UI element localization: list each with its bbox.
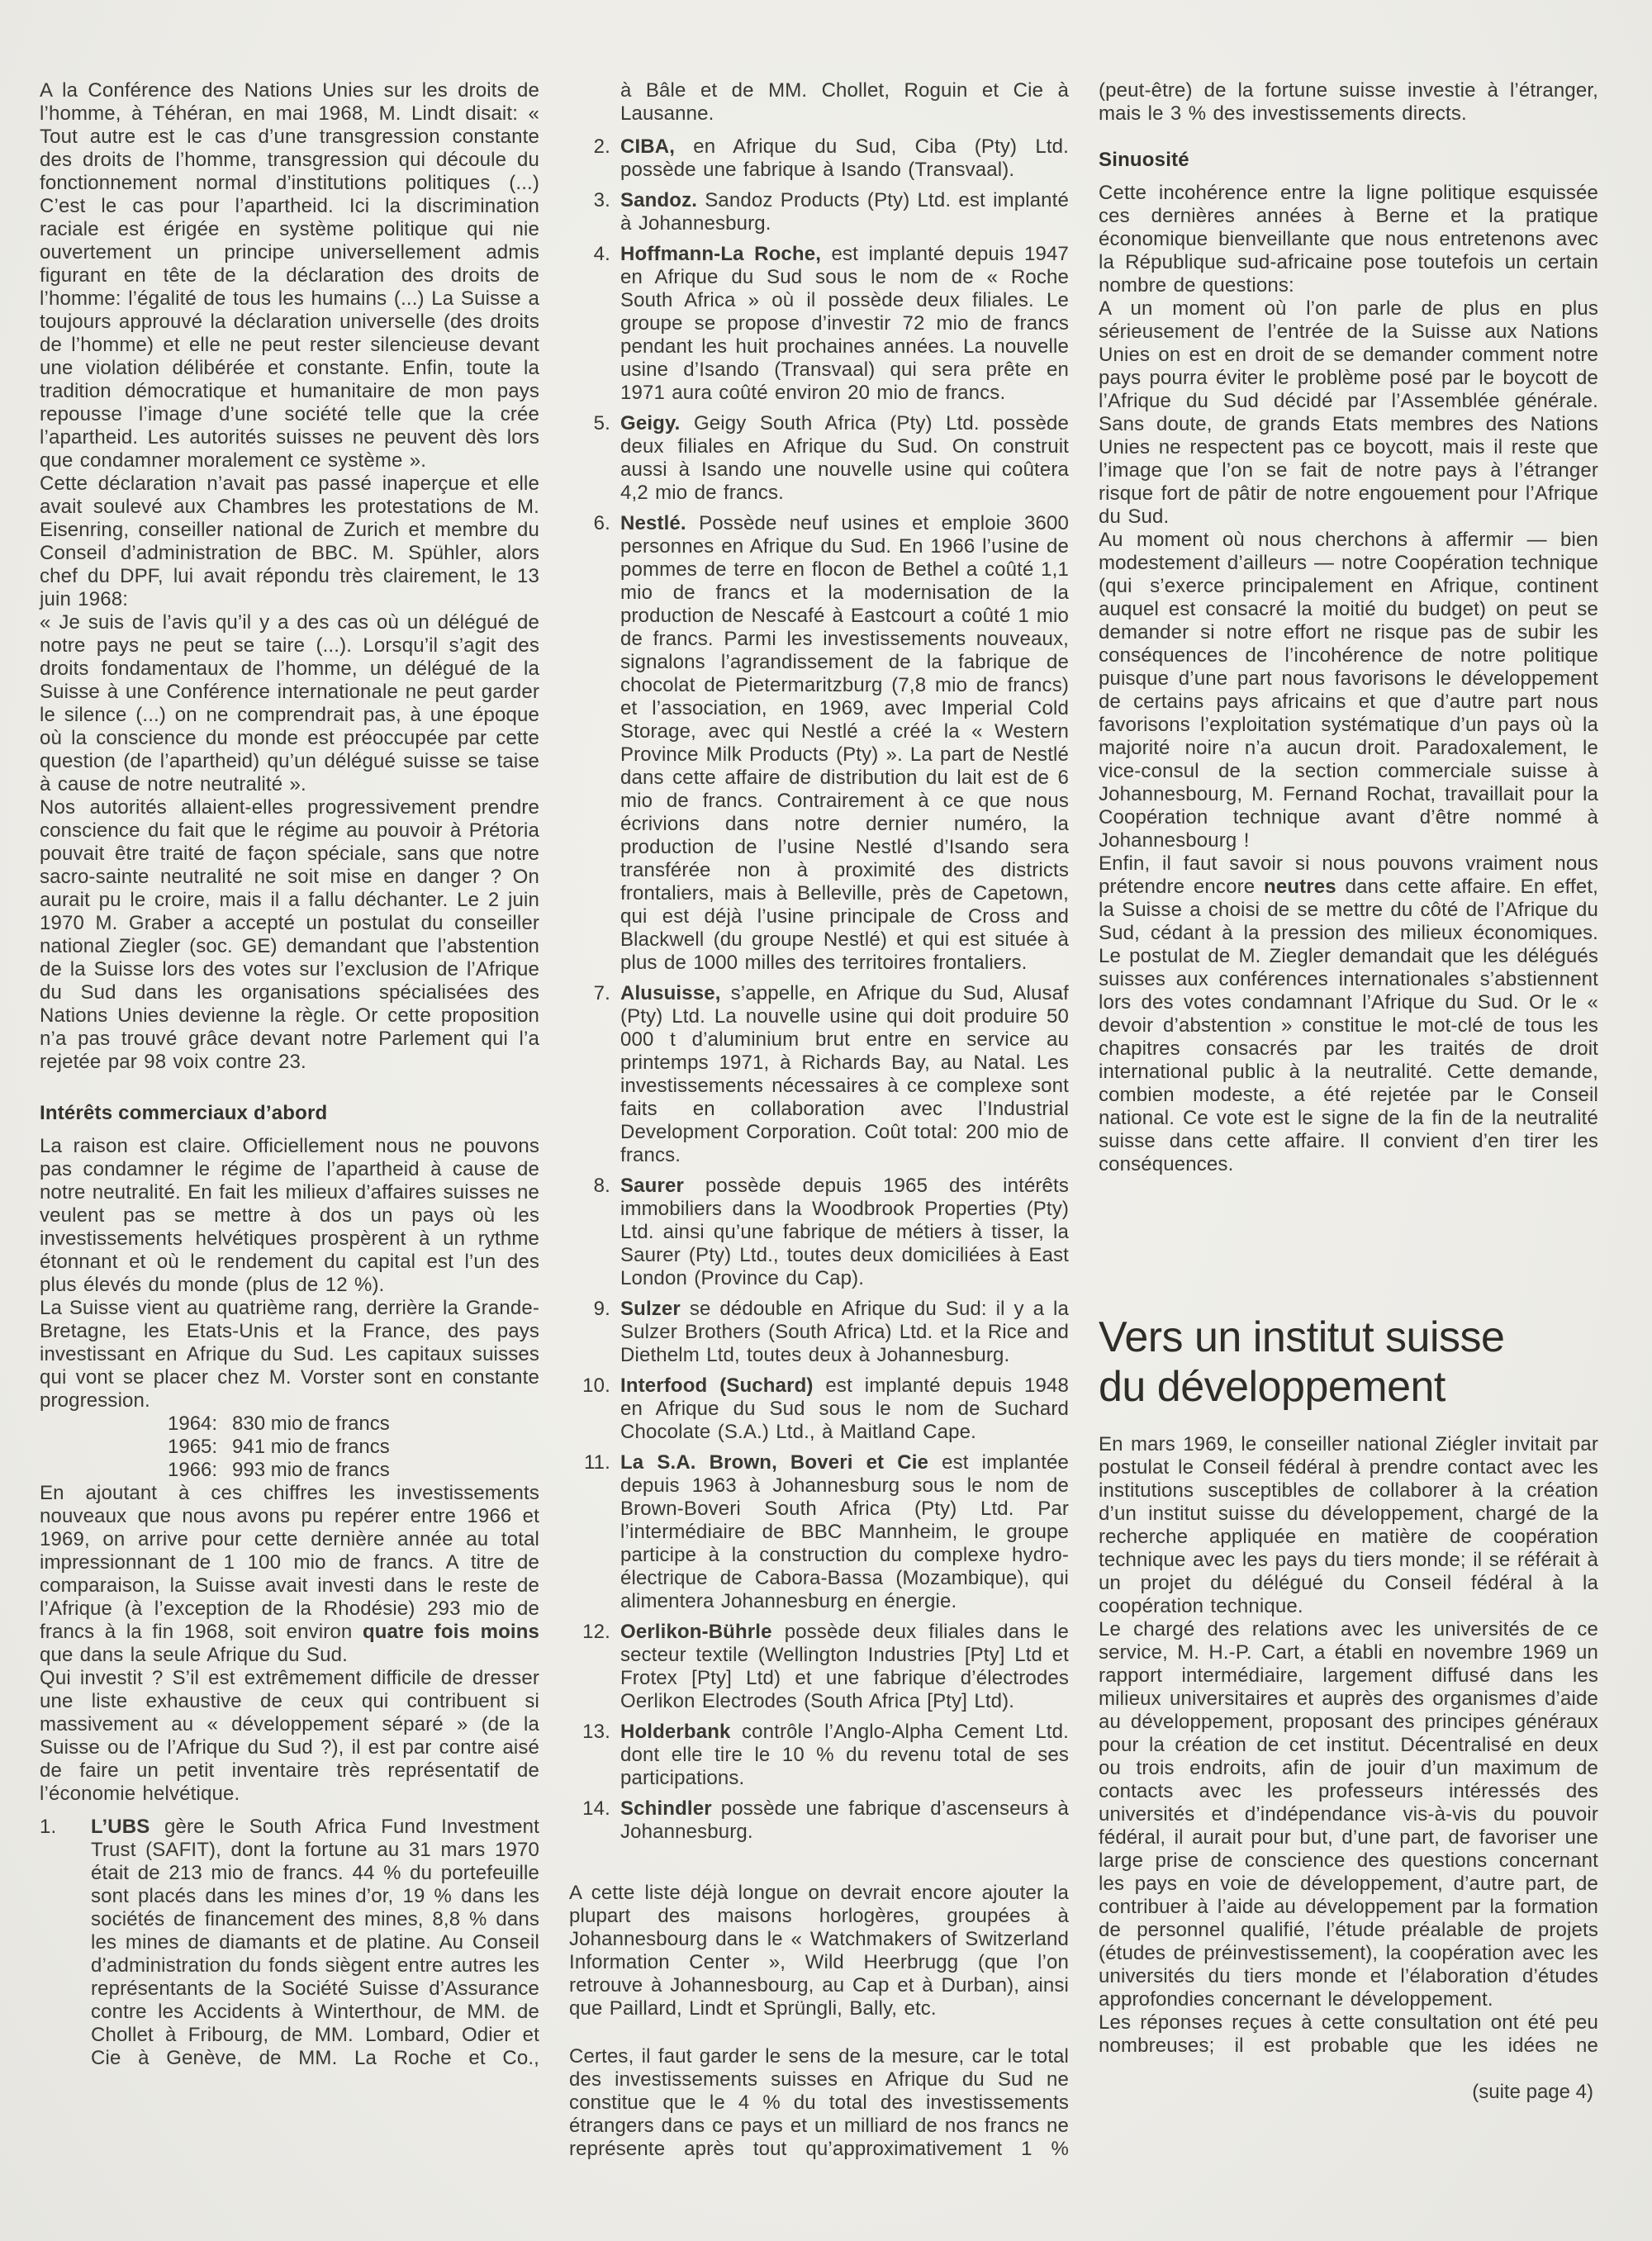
text-run: Au moment où nous cherchons à affermir —… — [1099, 529, 1598, 852]
list-item-number: 4. — [569, 243, 610, 266]
text-run: A un moment où l’on parle de plus en plu… — [1099, 297, 1598, 528]
list-item: 11.La S.A. Brown, Boveri et Cie est impl… — [569, 1451, 1069, 1613]
paragraph: (peut-être) de la fortune suisse investi… — [1099, 79, 1598, 126]
bold-text-run: Geigy. — [620, 412, 680, 434]
text-run: possède depuis 1965 des intérêts immobil… — [620, 1175, 1069, 1289]
text-run: « Je suis de l’avis qu’il y a des cas où… — [40, 611, 539, 795]
bold-text-run: Oerlikon-Bührle — [620, 1621, 772, 1643]
text-run: Qui investit ? S’il est extrêmement diff… — [40, 1667, 539, 1805]
three-column-layout: A la Conférence des Nations Unies sur le… — [40, 79, 1611, 2161]
section-heading: Intérêts commerciaux d’abord — [40, 1102, 539, 1125]
bold-text-run: Sulzer — [620, 1298, 681, 1320]
text-run: Les réponses reçues à cette consultation… — [1099, 2011, 1598, 2057]
list-item: 10.Interfood (Suchard) est implanté depu… — [569, 1375, 1069, 1444]
text-run: Le chargé des relations avec les univers… — [1099, 1618, 1598, 2011]
list-item: 5.Geigy. Geigy South Africa (Pty) Ltd. p… — [569, 412, 1069, 505]
text-run: Nos autorités allaient-elles progressive… — [40, 796, 539, 1073]
continuation-note: (suite page 4) — [1099, 2081, 1593, 2104]
text-run: Certes, il faut garder le sens de la mes… — [569, 2045, 1069, 2160]
text-run: Cette déclaration n’avait pas passé inap… — [40, 472, 539, 610]
list-item: 13.Holderbank contrôle l’Anglo-Alpha Cem… — [569, 1721, 1069, 1790]
text-run: dans cette affaire. En effet, la Suisse … — [1099, 876, 1598, 1175]
text-run: que dans la seule Afrique du Sud. — [40, 1644, 348, 1666]
list-item-number: 3. — [569, 189, 610, 212]
bold-text-run: neutres — [1264, 876, 1336, 898]
text-run: à Bâle et de MM. Chollet, Roguin et Cie … — [620, 79, 1069, 125]
paragraph: La raison est claire. Officiellement nou… — [40, 1135, 539, 1297]
text-column-1: A la Conférence des Nations Unies sur le… — [40, 79, 539, 2161]
bold-text-run: Alusuisse, — [620, 982, 721, 1004]
year-label: 1966: — [168, 1459, 232, 1482]
list-item: 7.Alusuisse, s’appelle, en Afrique du Su… — [569, 982, 1069, 1167]
text-run: est implantée depuis 1963 à Johannesburg… — [620, 1451, 1069, 1612]
text-run: s’appelle, en Afrique du Sud, Alusaf (Pt… — [620, 982, 1069, 1166]
year-label: 1965: — [168, 1436, 232, 1459]
list-item: 1.L’UBS gère le South Africa Fund Invest… — [40, 1816, 539, 2070]
paragraph: Nos autorités allaient-elles progressive… — [40, 796, 539, 1074]
article-title-line: du développement — [1099, 1362, 1598, 1412]
paragraph: Le chargé des relations avec les univers… — [1099, 1618, 1598, 2011]
text-run: Geigy South Africa (Pty) Ltd. possède de… — [620, 412, 1069, 504]
article-title: Vers un institut suissedu développement — [1099, 1313, 1598, 1412]
list-item: 12.Oerlikon-Bührle possède deux filiales… — [569, 1621, 1069, 1713]
amount-value: 993 mio de francs — [232, 1459, 390, 1481]
list-item: 2.CIBA, en Afrique du Sud, Ciba (Pty) Lt… — [569, 135, 1069, 182]
paragraph: Certes, il faut garder le sens de la mes… — [569, 2045, 1069, 2161]
scanned-magazine-page: A la Conférence des Nations Unies sur le… — [0, 0, 1652, 2241]
paragraph: Cette déclaration n’avait pas passé inap… — [40, 472, 539, 611]
paragraph: Au moment où nous cherchons à affermir —… — [1099, 529, 1598, 852]
bold-text-run: quatre fois moins — [363, 1621, 539, 1643]
table-row: 1965:941 mio de francs — [168, 1436, 539, 1459]
list-item-number: 7. — [569, 982, 610, 1005]
paragraph: « Je suis de l’avis qu’il y a des cas où… — [40, 611, 539, 796]
text-run: A cette liste déjà longue on devrait enc… — [569, 1882, 1069, 2020]
paragraph: En ajoutant à ces chiffres les investiss… — [40, 1482, 539, 1667]
text-run: La Suisse vient au quatrième rang, derri… — [40, 1297, 539, 1412]
text-run: gère le South Africa Fund Investment Tru… — [91, 1816, 539, 2069]
bold-text-run: Saurer — [620, 1175, 684, 1197]
paragraph: Qui investit ? S’il est extrêmement diff… — [40, 1667, 539, 1806]
article-title-line: Vers un institut suisse — [1099, 1313, 1598, 1362]
paragraph: A cette liste déjà longue on devrait enc… — [569, 1882, 1069, 2020]
numbered-company-list: 2.CIBA, en Afrique du Sud, Ciba (Pty) Lt… — [569, 135, 1069, 1844]
numbered-company-list: 1.L’UBS gère le South Africa Fund Invest… — [40, 1816, 539, 2070]
paragraph: La Suisse vient au quatrième rang, derri… — [40, 1297, 539, 1412]
list-item-number: 13. — [569, 1721, 610, 1744]
paragraph: à Bâle et de MM. Chollet, Roguin et Cie … — [569, 79, 1069, 126]
list-item: 4.Hoffmann-La Roche, est implanté depuis… — [569, 243, 1069, 405]
text-run: Possède neuf usines et emploie 3600 pers… — [620, 512, 1069, 974]
bold-text-run: Nestlé. — [620, 512, 686, 534]
text-column-2: à Bâle et de MM. Chollet, Roguin et Cie … — [569, 79, 1069, 2161]
table-row: 1964:830 mio de francs — [168, 1412, 539, 1436]
list-item-number: 5. — [569, 412, 610, 435]
paragraph: Cette incohérence entre la ligne politiq… — [1099, 182, 1598, 297]
text-run: est implanté depuis 1947 en Afrique du S… — [620, 243, 1069, 404]
year-label: 1964: — [168, 1412, 232, 1436]
bold-text-run: Holderbank — [620, 1721, 731, 1743]
paragraph: A la Conférence des Nations Unies sur le… — [40, 79, 539, 472]
bold-text-run: Interfood (Suchard) — [620, 1375, 814, 1397]
bold-text-run: Sandoz. — [620, 189, 697, 211]
text-run: En ajoutant à ces chiffres les investiss… — [40, 1482, 539, 1643]
list-item-number: 10. — [569, 1375, 610, 1398]
bold-text-run: La S.A. Brown, Boveri et Cie — [620, 1451, 928, 1474]
bold-text-run: CIBA, — [620, 135, 675, 158]
list-item: 6.Nestlé. Possède neuf usines et emploie… — [569, 512, 1069, 975]
amount-value: 830 mio de francs — [232, 1412, 390, 1435]
list-item-number: 8. — [569, 1175, 610, 1198]
text-run: Cette incohérence entre la ligne politiq… — [1099, 182, 1598, 297]
text-run: A la Conférence des Nations Unies sur le… — [40, 79, 539, 472]
investment-figures-table: 1964:830 mio de francs1965:941 mio de fr… — [40, 1412, 539, 1482]
bold-text-run: L’UBS — [91, 1816, 150, 1838]
list-item-number: 6. — [569, 512, 610, 535]
paragraph: Enfin, il faut savoir si nous pouvons vr… — [1099, 852, 1598, 1176]
list-item-number: 1. — [40, 1816, 81, 1839]
amount-value: 941 mio de francs — [232, 1436, 390, 1458]
list-item-number: 14. — [569, 1797, 610, 1821]
text-run: se dédouble en Afrique du Sud: il y a la… — [620, 1298, 1069, 1366]
text-run: (peut-être) de la fortune suisse investi… — [1099, 79, 1598, 125]
list-item: 3.Sandoz. Sandoz Products (Pty) Ltd. est… — [569, 189, 1069, 235]
list-item: 9.Sulzer se dédouble en Afrique du Sud: … — [569, 1298, 1069, 1367]
text-run: en Afrique du Sud, Ciba (Pty) Ltd. possè… — [620, 135, 1069, 181]
paragraph: Les réponses reçues à cette consultation… — [1099, 2011, 1598, 2058]
list-item-number: 2. — [569, 135, 610, 159]
text-run: En mars 1969, le conseiller national Zié… — [1099, 1433, 1598, 1617]
section-heading: Sinuosité — [1099, 149, 1598, 172]
text-column-3: (peut-être) de la fortune suisse investi… — [1099, 79, 1598, 2161]
bold-text-run: Hoffmann-La Roche, — [620, 243, 821, 265]
paragraph: En mars 1969, le conseiller national Zié… — [1099, 1433, 1598, 1618]
paragraph: A un moment où l’on parle de plus en plu… — [1099, 297, 1598, 529]
table-row: 1966:993 mio de francs — [168, 1459, 539, 1482]
bold-text-run: Schindler — [620, 1797, 712, 1820]
text-run: La raison est claire. Officiellement nou… — [40, 1135, 539, 1296]
list-item-number: 11. — [569, 1451, 610, 1474]
list-item: 14.Schindler possède une fabrique d’asce… — [569, 1797, 1069, 1844]
list-item: 8.Saurer possède depuis 1965 des intérêt… — [569, 1175, 1069, 1290]
list-item-number: 12. — [569, 1621, 610, 1644]
list-item-number: 9. — [569, 1298, 610, 1321]
